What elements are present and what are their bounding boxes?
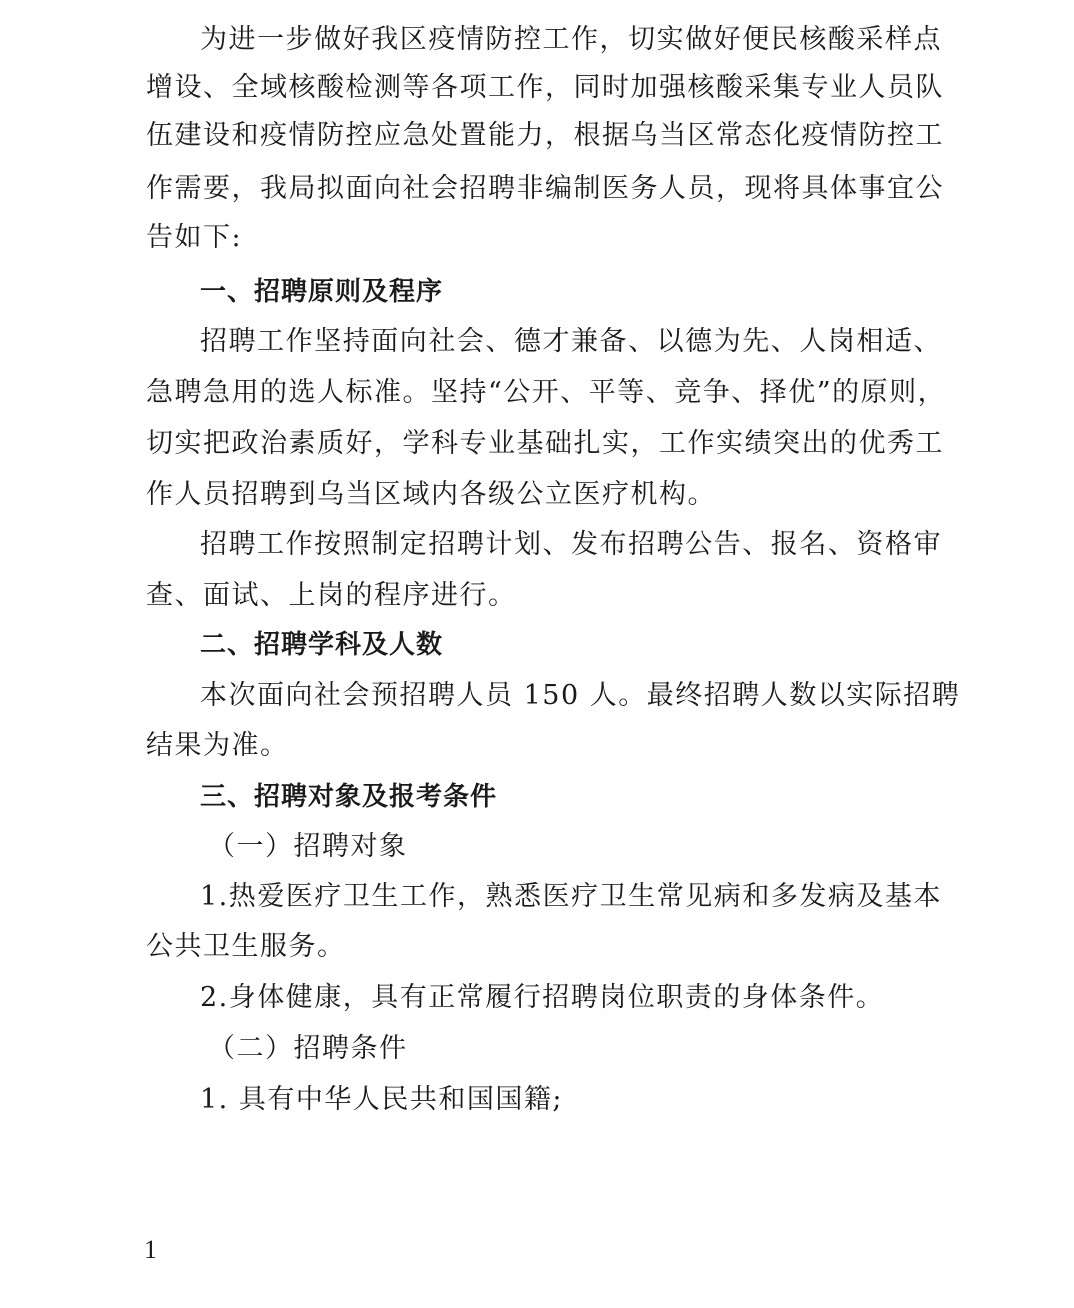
subsection-heading-conditions: （二）招聘条件 (208, 1029, 942, 1069)
section-heading-eligibility: 三、招聘对象及报考条件 (200, 777, 942, 817)
condition-item-1-line-1: 1. 具有中华人民共和国国籍; (200, 1080, 942, 1120)
target-item-1-line-1: 1.热爱医疗卫生工作，熟悉医疗卫生常见病和多发病及基本 (200, 877, 942, 917)
intro-line-3: 伍建设和疫情防控应急处置能力，根据乌当区常态化疫情防控工 (146, 116, 942, 156)
section-heading-principles: 一、招聘原则及程序 (200, 272, 942, 312)
section2-para1-line-1: 本次面向社会预招聘人员 150 人。最终招聘人数以实际招聘 (200, 676, 942, 716)
document-page: 为进一步做好我区疫情防控工作，切实做好便民核酸采样点 增设、全域核酸检测等各项工… (0, 0, 1074, 1308)
section1-para1-line-2: 急聘急用的选人标准。坚持“公开、平等、竞争、择优”的原则， (146, 373, 942, 413)
page-number: 1 (144, 1234, 157, 1266)
target-item-2-line-1: 2.身体健康，具有正常履行招聘岗位职责的身体条件。 (200, 978, 942, 1018)
section1-para2-line-1: 招聘工作按照制定招聘计划、发布招聘公告、报名、资格审 (200, 525, 942, 565)
intro-line-1: 为进一步做好我区疫情防控工作，切实做好便民核酸采样点 (200, 20, 942, 60)
section1-para1-line-4: 作人员招聘到乌当区域内各级公立医疗机构。 (146, 475, 942, 515)
section1-para2-line-2: 查、面试、上岗的程序进行。 (146, 576, 942, 616)
intro-line-2: 增设、全域核酸检测等各项工作，同时加强核酸采集专业人员队 (146, 68, 942, 108)
intro-line-5: 告如下: (146, 218, 942, 258)
subsection-heading-targets: （一）招聘对象 (208, 827, 942, 867)
target-item-1-line-2: 公共卫生服务。 (146, 927, 942, 967)
intro-line-4: 作需要，我局拟面向社会招聘非编制医务人员，现将具体事宜公 (146, 169, 942, 209)
section-heading-subjects: 二、招聘学科及人数 (200, 625, 942, 665)
section2-para1-line-2: 结果为准。 (146, 726, 942, 766)
section1-para1-line-3: 切实把政治素质好，学科专业基础扎实，工作实绩突出的优秀工 (146, 424, 942, 464)
section1-para1-line-1: 招聘工作坚持面向社会、德才兼备、以德为先、人岗相适、 (200, 322, 942, 362)
